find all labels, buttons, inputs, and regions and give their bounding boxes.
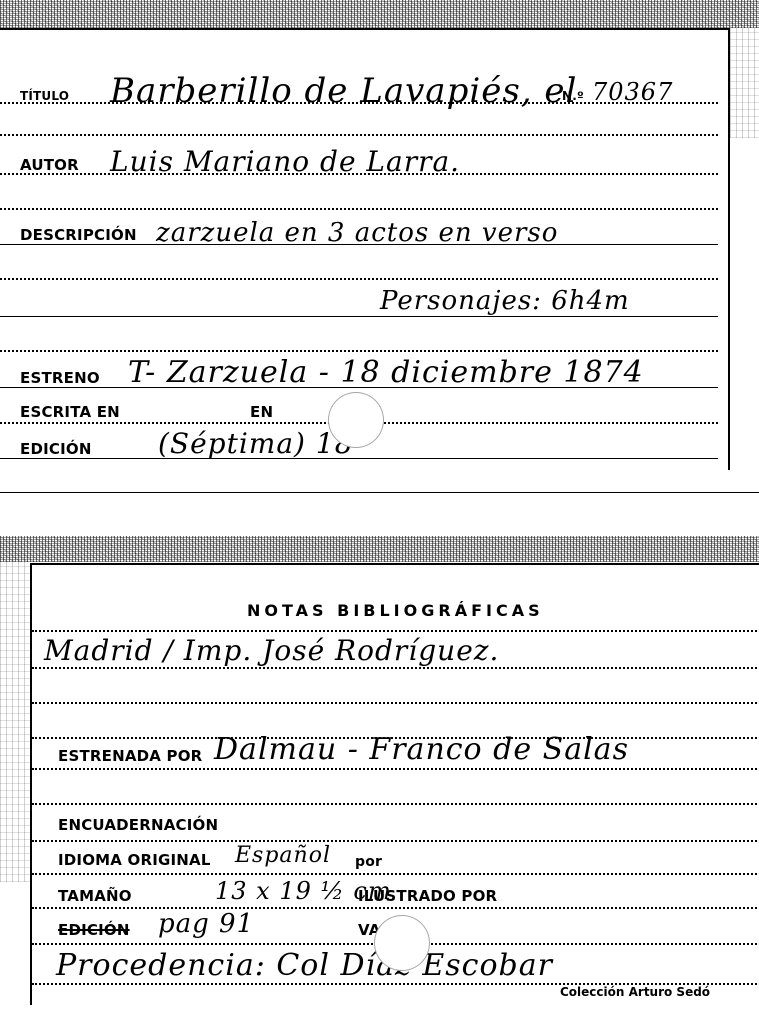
scan-noise-left bbox=[0, 562, 30, 882]
label-autor: AUTOR bbox=[20, 158, 79, 173]
label-idioma-original: IDIOMA ORIGINAL bbox=[58, 853, 211, 868]
rule bbox=[32, 873, 759, 875]
rule bbox=[0, 278, 718, 280]
rule bbox=[0, 350, 718, 352]
rule bbox=[0, 316, 718, 317]
label-estrenada-por: ESTRENADA POR bbox=[58, 749, 202, 764]
label-tamano: TAMAÑO bbox=[58, 889, 132, 904]
value-personajes: Personajes: 6h4m bbox=[380, 288, 630, 314]
rule bbox=[0, 134, 718, 136]
value-procedencia: Procedencia: Col Díaz Escobar bbox=[56, 951, 553, 981]
value-numero: 70367 bbox=[592, 80, 673, 104]
rule bbox=[32, 768, 759, 770]
label-edicion: EDICIÓN bbox=[20, 442, 92, 457]
label-edicion-struck: EDICIÓN bbox=[58, 923, 130, 938]
redaction-mark bbox=[374, 915, 430, 971]
value-estreno: T- Zarzuela - 18 diciembre 1874 bbox=[128, 358, 644, 388]
value-pagina: pag 91 bbox=[158, 911, 254, 937]
label-escrita-en: ESCRITA EN bbox=[20, 405, 120, 420]
label-en: EN bbox=[250, 405, 273, 420]
value-descripcion: zarzuela en 3 actos en verso bbox=[156, 220, 558, 246]
label-encuadernacion: ENCUADERNACIÓN bbox=[58, 818, 218, 833]
card-divider bbox=[0, 492, 759, 493]
label-descripcion: DESCRIPCIÓN bbox=[20, 228, 137, 243]
scan-noise-top bbox=[0, 0, 759, 28]
rule bbox=[0, 102, 718, 104]
label-por: por bbox=[355, 855, 382, 869]
rule bbox=[32, 667, 759, 669]
value-edicion: (Séptima) 18 bbox=[158, 430, 354, 458]
value-autor: Luis Mariano de Larra. bbox=[110, 148, 460, 176]
label-titulo: TÍTULO bbox=[20, 90, 69, 102]
scan-noise-middle bbox=[0, 536, 759, 562]
rule bbox=[0, 387, 718, 388]
rule bbox=[32, 702, 759, 704]
rule bbox=[0, 208, 718, 210]
label-estreno: ESTRENO bbox=[20, 371, 100, 386]
rule bbox=[0, 244, 718, 245]
value-estrenada-por: Dalmau - Franco de Salas bbox=[214, 735, 629, 765]
section-heading: NOTAS BIBLIOGRÁFICAS bbox=[247, 601, 544, 620]
rule bbox=[0, 173, 718, 175]
rule bbox=[0, 458, 718, 459]
label-ilustrado-por: ILUSTRADO POR bbox=[358, 889, 497, 904]
label-numero: N.º bbox=[562, 90, 584, 102]
scan-noise-right bbox=[730, 28, 759, 138]
collection-credit: Colección Arturo Sedó bbox=[560, 985, 710, 999]
value-idioma-original: Español bbox=[235, 845, 331, 867]
catalog-card-front: TÍTULO Barberillo de Lavapiés, el N.º 70… bbox=[0, 28, 730, 470]
redaction-mark bbox=[328, 392, 384, 448]
rule bbox=[32, 907, 759, 909]
rule bbox=[32, 630, 759, 632]
catalog-card-back: NOTAS BIBLIOGRÁFICAS Madrid / Imp. José … bbox=[30, 563, 759, 1005]
rule bbox=[32, 840, 759, 842]
rule bbox=[32, 803, 759, 805]
notes-line: Madrid / Imp. José Rodríguez. bbox=[44, 637, 499, 665]
